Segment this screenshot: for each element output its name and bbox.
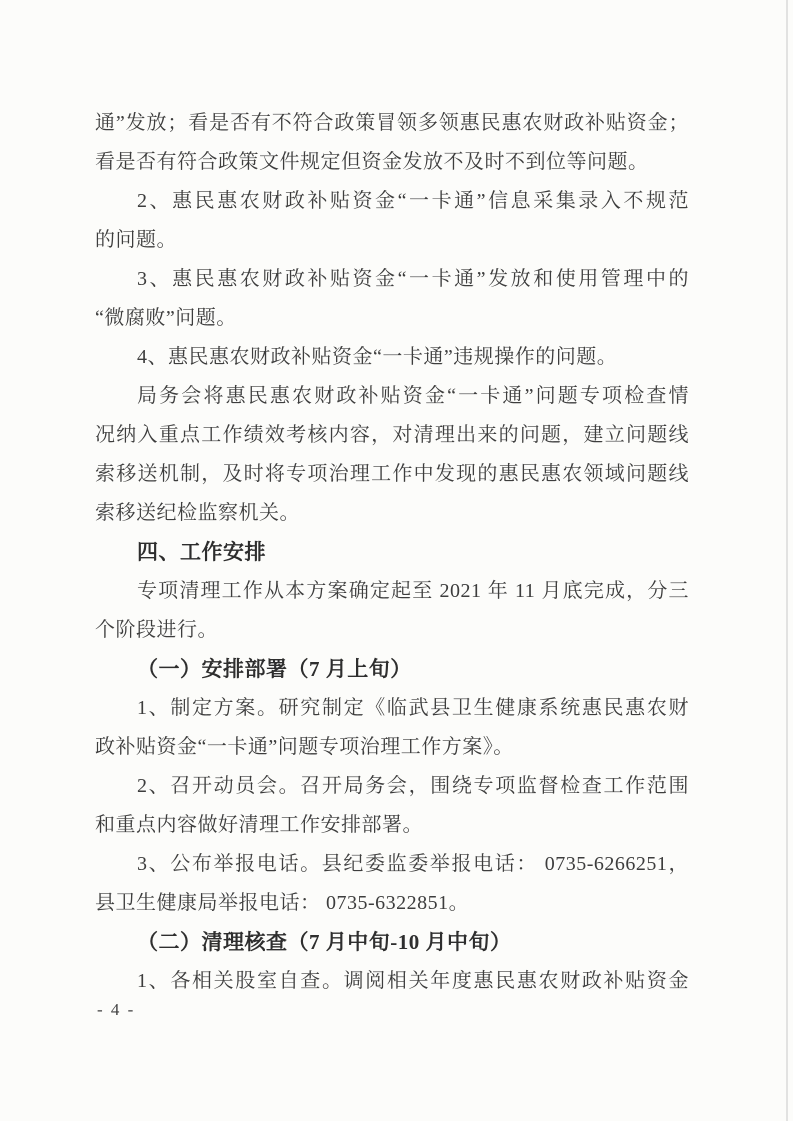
- text-line: 索移送纪检监察机关。: [95, 494, 689, 533]
- text-line: 1、各相关股室自查。调阅相关年度惠民惠农财政补贴资金: [95, 962, 689, 1001]
- paragraph: 局务会将惠民惠农财政补贴资金“一卡通”问题专项检查情 况纳入重点工作绩效考核内容…: [95, 377, 689, 533]
- text-line: 况纳入重点工作绩效考核内容，对清理出来的问题，建立问题线: [95, 416, 689, 455]
- section-heading: 四、工作安排: [95, 533, 689, 572]
- text-line: 县卫生健康局举报电话： 0735-6322851。: [95, 884, 689, 923]
- text-line: 2、惠民惠农财政补贴资金“一卡通”信息采集录入不规范: [95, 182, 689, 221]
- subsection-heading-text: （二）清理核查（7 月中旬-10 月中旬）: [95, 923, 689, 962]
- text-line: 局务会将惠民惠农财政补贴资金“一卡通”问题专项检查情: [95, 377, 689, 416]
- paragraph: 3、惠民惠农财政补贴资金“一卡通”发放和使用管理中的 “微腐败”问题。: [95, 260, 689, 338]
- text-line: 的问题。: [95, 221, 689, 260]
- subsection-heading: （一）安排部署（7 月上旬）: [95, 650, 689, 689]
- paragraph: 通”发放；看是否有不符合政策冒领多领惠民惠农财政补贴资金； 看是否有符合政策文件…: [95, 104, 689, 182]
- text-line: 和重点内容做好清理工作安排部署。: [95, 806, 689, 845]
- text-line: 2、召开动员会。召开局务会，围绕专项监督检查工作范围: [95, 767, 689, 806]
- paragraph: 2、召开动员会。召开局务会，围绕专项监督检查工作范围 和重点内容做好清理工作安排…: [95, 767, 689, 845]
- paragraph: 1、各相关股室自查。调阅相关年度惠民惠农财政补贴资金: [95, 962, 689, 1001]
- paragraph: 2、惠民惠农财政补贴资金“一卡通”信息采集录入不规范 的问题。: [95, 182, 689, 260]
- text-line: “微腐败”问题。: [95, 299, 689, 338]
- document-body: 通”发放；看是否有不符合政策冒领多领惠民惠农财政补贴资金； 看是否有符合政策文件…: [95, 104, 689, 1001]
- subsection-heading: （二）清理核查（7 月中旬-10 月中旬）: [95, 923, 689, 962]
- paragraph: 3、公布举报电话。县纪委监委举报电话： 0735-6266251， 县卫生健康局…: [95, 845, 689, 923]
- text-line: 通”发放；看是否有不符合政策冒领多领惠民惠农财政补贴资金；: [95, 104, 689, 143]
- text-line: 1、制定方案。研究制定《临武县卫生健康系统惠民惠农财: [95, 689, 689, 728]
- section-heading-text: 四、工作安排: [95, 533, 689, 572]
- text-line: 政补贴资金“一卡通”问题专项治理工作方案》。: [95, 728, 689, 767]
- page-number: - 4 -: [97, 1000, 135, 1020]
- text-line: 看是否有符合政策文件规定但资金发放不及时不到位等问题。: [95, 143, 689, 182]
- text-line: 3、惠民惠农财政补贴资金“一卡通”发放和使用管理中的: [95, 260, 689, 299]
- document-page: 通”发放；看是否有不符合政策冒领多领惠民惠农财政补贴资金； 看是否有符合政策文件…: [0, 0, 793, 1121]
- subsection-heading-text: （一）安排部署（7 月上旬）: [95, 650, 689, 689]
- text-line: 索移送机制，及时将专项治理工作中发现的惠民惠农领域问题线: [95, 455, 689, 494]
- text-line: 3、公布举报电话。县纪委监委举报电话： 0735-6266251，: [95, 845, 689, 884]
- text-line: 4、惠民惠农财政补贴资金“一卡通”违规操作的问题。: [95, 338, 689, 377]
- paragraph: 1、制定方案。研究制定《临武县卫生健康系统惠民惠农财 政补贴资金“一卡通”问题专…: [95, 689, 689, 767]
- text-line: 专项清理工作从本方案确定起至 2021 年 11 月底完成，分三: [95, 572, 689, 611]
- paragraph: 专项清理工作从本方案确定起至 2021 年 11 月底完成，分三 个阶段进行。: [95, 572, 689, 650]
- scan-edge-artifact: [786, 0, 788, 1121]
- paragraph: 4、惠民惠农财政补贴资金“一卡通”违规操作的问题。: [95, 338, 689, 377]
- text-line: 个阶段进行。: [95, 611, 689, 650]
